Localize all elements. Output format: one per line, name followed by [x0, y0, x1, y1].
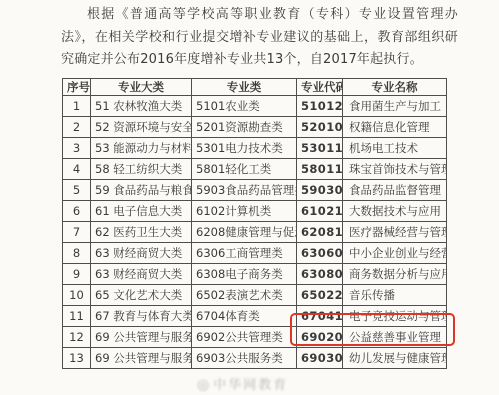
watermark-text: 中华网教育	[213, 378, 288, 393]
table-row: 1369 公共管理与服务大类6903公共服务类690306幼儿发展与健康管理	[63, 348, 447, 369]
table-cell: 大数据技术与应用	[343, 201, 447, 222]
table-cell: 590305	[297, 180, 343, 201]
table-cell: 69 公共管理与服务大类	[91, 348, 192, 369]
table-cell: 8	[63, 243, 91, 264]
table-row: 963 财经商贸大类6308电子商务类630804商务数据分析与应用	[63, 264, 447, 285]
table-cell: 58 轻工纺织大类	[91, 159, 192, 180]
table-cell: 4	[63, 159, 91, 180]
table-row: 559 食品药品与粮食大类5903食品药品管理类590305食品药品监督管理	[63, 180, 447, 201]
table-cell: 7	[63, 222, 91, 243]
table-cell: 食品药品监督管理	[343, 180, 447, 201]
table-cell: 6704体育类	[192, 306, 297, 327]
table-cell: 69 公共管理与服务大类	[91, 327, 192, 348]
table-cell: 6306工商管理类	[192, 243, 297, 264]
table-cell: 11	[63, 306, 91, 327]
watermark: ◎中华网教育	[197, 374, 357, 395]
table-cell: 医疗器械经营与管理	[343, 222, 447, 243]
table-cell: 690209	[297, 327, 343, 348]
table-cell: 51 农林牧渔大类	[91, 96, 192, 117]
table-cell: 510120	[297, 96, 343, 117]
table-cell: 13	[63, 348, 91, 369]
table-cell: 650220	[297, 285, 343, 306]
table-cell: 53 能源动力与材料大类	[91, 138, 192, 159]
column-header-name: 专业名称	[343, 79, 447, 96]
table-cell: 食用菌生产与加工	[343, 96, 447, 117]
table-row: 863 财经商贸大类6306工商管理类630607中小企业创业与经营	[63, 243, 447, 264]
table-cell: 630607	[297, 243, 343, 264]
table-cell: 520107	[297, 117, 343, 138]
table-cell: 61 电子信息大类	[91, 201, 192, 222]
table-cell: 1	[63, 96, 91, 117]
majors-table: 序号 专业大类 专业类 专业代码 专业名称 151 农林牧渔大类5101农业类5…	[62, 78, 446, 369]
table-cell: 52 资源环境与安全大类	[91, 117, 192, 138]
table-cell: 65 文化艺术大类	[91, 285, 192, 306]
table-row: 252 资源环境与安全大类5201资源勘查类520107权籍信息化管理	[63, 117, 447, 138]
table-row: 1269 公共管理与服务大类6902公共管理类690209公益慈善事业管理	[63, 327, 447, 348]
column-header-code: 专业代码	[297, 79, 343, 96]
table-body: 151 农林牧渔大类5101农业类510120食用菌生产与加工252 资源环境与…	[63, 96, 447, 369]
table-cell: 690306	[297, 348, 343, 369]
table-cell: 机场电工技术	[343, 138, 447, 159]
table-cell: 530113	[297, 138, 343, 159]
table-cell: 670411	[297, 306, 343, 327]
table-cell: 商务数据分析与应用	[343, 264, 447, 285]
majors-table-grid: 序号 专业大类 专业类 专业代码 专业名称 151 农林牧渔大类5101农业类5…	[62, 78, 447, 369]
table-cell: 63 财经商贸大类	[91, 264, 192, 285]
table-cell: 中小企业创业与经营	[343, 243, 447, 264]
table-cell: 10	[63, 285, 91, 306]
table-cell: 6903公共服务类	[192, 348, 297, 369]
table-row: 1167 教育与体育大类6704体育类670411电子竞技运动与管理	[63, 306, 447, 327]
table-cell: 权籍信息化管理	[343, 117, 447, 138]
table-cell: 610215	[297, 201, 343, 222]
table-cell: 音乐传播	[343, 285, 447, 306]
table-cell: 6902公共管理类	[192, 327, 297, 348]
table-cell: 12	[63, 327, 91, 348]
table-cell: 6502表演艺术类	[192, 285, 297, 306]
table-cell: 3	[63, 138, 91, 159]
table-cell: 幼儿发展与健康管理	[343, 348, 447, 369]
table-row: 458 轻工纺织大类5801轻化工类580112珠宝首饰技术与管理	[63, 159, 447, 180]
table-cell: 5903食品药品管理类	[192, 180, 297, 201]
table-cell: 620812	[297, 222, 343, 243]
table-cell: 62 医药卫生大类	[91, 222, 192, 243]
table-cell: 2	[63, 117, 91, 138]
table-row: 151 农林牧渔大类5101农业类510120食用菌生产与加工	[63, 96, 447, 117]
table-row: 762 医药卫生大类6208健康管理与促进类620812医疗器械经营与管理	[63, 222, 447, 243]
intro-paragraph: 根据《普通高等学校高等职业教育（专科）专业设置管理办法》，在相关学校和行业提交增…	[61, 4, 458, 72]
table-cell: 6208健康管理与促进类	[192, 222, 297, 243]
table-cell: 6308电子商务类	[192, 264, 297, 285]
table-cell: 5801轻化工类	[192, 159, 297, 180]
table-cell: 630804	[297, 264, 343, 285]
table-header-row: 序号 专业大类 专业类 专业代码 专业名称	[63, 79, 447, 96]
watermark-logo-icon: ◎	[197, 377, 211, 393]
table-cell: 580112	[297, 159, 343, 180]
table-cell: 6	[63, 201, 91, 222]
table-cell: 5101农业类	[192, 96, 297, 117]
column-header-category: 专业大类	[91, 79, 192, 96]
table-cell: 6102计算机类	[192, 201, 297, 222]
column-header-class: 专业类	[192, 79, 297, 96]
table-cell: 67 教育与体育大类	[91, 306, 192, 327]
table-row: 661 电子信息大类6102计算机类610215大数据技术与应用	[63, 201, 447, 222]
table-cell: 63 财经商贸大类	[91, 243, 192, 264]
table-cell: 5201资源勘查类	[192, 117, 297, 138]
table-cell: 5	[63, 180, 91, 201]
table-row: 353 能源动力与材料大类5301电力技术类530113机场电工技术	[63, 138, 447, 159]
table-cell: 电子竞技运动与管理	[343, 306, 447, 327]
document-page: 根据《普通高等学校高等职业教育（专科）专业设置管理办法》，在相关学校和行业提交增…	[0, 0, 499, 395]
table-row: 1065 文化艺术大类6502表演艺术类650220音乐传播	[63, 285, 447, 306]
table-cell: 公益慈善事业管理	[343, 327, 447, 348]
table-cell: 珠宝首饰技术与管理	[343, 159, 447, 180]
table-cell: 5301电力技术类	[192, 138, 297, 159]
column-header-index: 序号	[63, 79, 91, 96]
table-cell: 59 食品药品与粮食大类	[91, 180, 192, 201]
table-cell: 9	[63, 264, 91, 285]
